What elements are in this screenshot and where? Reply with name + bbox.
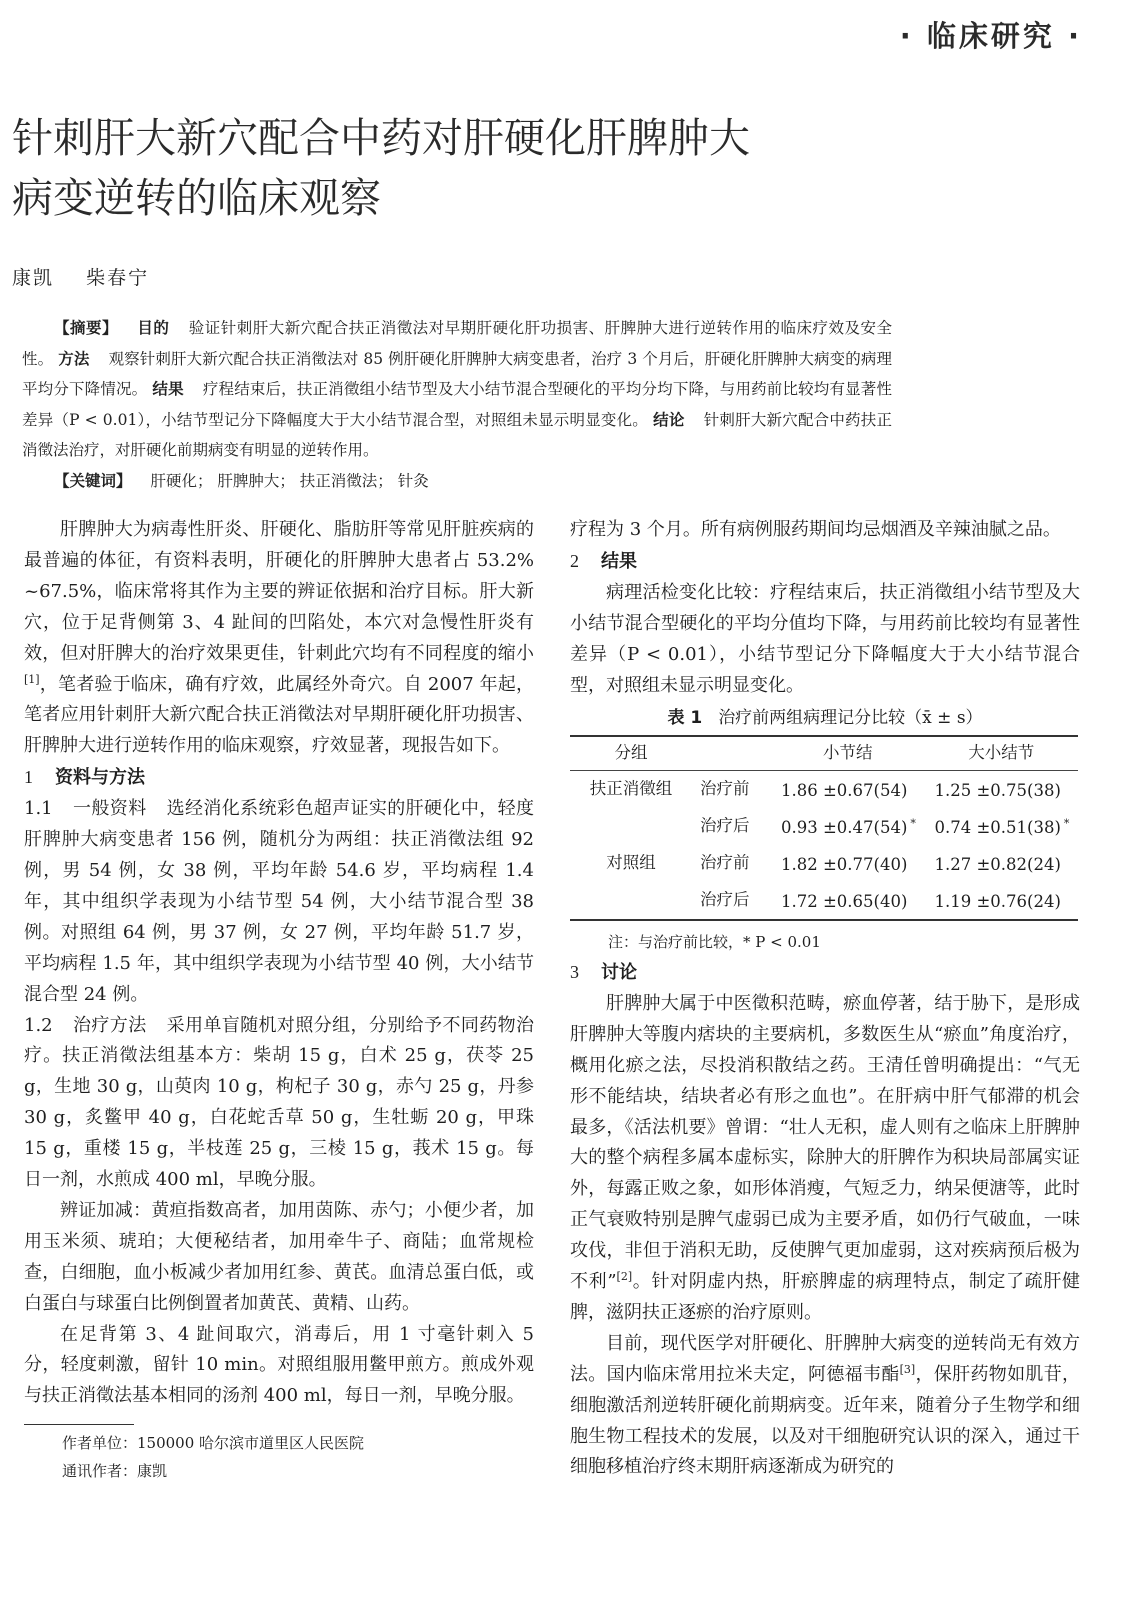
treatment-paragraph: 1.2治疗方法采用单盲随机对照分组，分别给予不同药物治疗。扶正消徵法组基本方：柴… bbox=[24, 1011, 534, 1196]
footnote-divider bbox=[24, 1424, 134, 1425]
intro-paragraph: 肝脾肿大为病毒性肝炎、肝硬化、脂肪肝等常见肝脏疾病的最普遍的体征，有资料表明，肝… bbox=[24, 515, 534, 762]
abstract: 【摘要】 目的 验证针刺肝大新穴配合扶正消徵法对早期肝硬化肝功损害、肝脾肿大进行… bbox=[22, 313, 892, 496]
footnote-affiliation: 作者单位：150000 哈尔滨市道里区人民医院 bbox=[24, 1429, 534, 1457]
section-heading-discussion: 3讨论 bbox=[570, 957, 1080, 989]
table-row: 扶正消徵组 治疗前 1.86 ±0.67(54) 1.25 ±0.75(38) bbox=[570, 771, 1078, 808]
methods-label: 方法 bbox=[58, 350, 89, 368]
abstract-label: 【摘要】 bbox=[54, 319, 118, 337]
table-caption: 表 1治疗前两组病理记分比较（x̄ ± s） bbox=[570, 703, 1080, 733]
pathology-score-table: 分组 小节结 大小结节 扶正消徵组 治疗前 1.86 ±0.67(54) 1.2… bbox=[570, 735, 1078, 921]
table-row: 对照组 治疗前 1.82 ±0.77(40) 1.27 ±0.82(24) bbox=[570, 845, 1078, 882]
author-name: 柴春宁 bbox=[86, 267, 149, 289]
title-line-2: 病变逆转的临床观察 bbox=[12, 174, 381, 222]
table-header-row: 分组 小节结 大小结节 bbox=[570, 736, 1078, 770]
citation-ref[interactable]: [1] bbox=[24, 673, 40, 686]
keywords-text: 肝硬化； 肝脾肿大； 扶正消徵法； 针灸 bbox=[150, 472, 428, 490]
citation-ref[interactable]: [3] bbox=[900, 1363, 916, 1376]
footnote-corresponding-author: 通讯作者：康凯 bbox=[24, 1457, 534, 1485]
left-column: 肝脾肿大为病毒性肝炎、肝硬化、脂肪肝等常见肝脏疾病的最普遍的体征，有资料表明，肝… bbox=[24, 515, 534, 1485]
modification-paragraph: 辨证加减：黄疸指数高者，加用茵陈、赤勺；小便少者，加用玉米须、琥珀；大便秘结者，… bbox=[24, 1196, 534, 1320]
results-paragraph: 病理活检变化比较：疗程结束后，扶正消徵组小结节型及大小结节混合型硬化的平均分值均… bbox=[570, 578, 1080, 702]
subsection-title: 一般资料 bbox=[73, 798, 147, 819]
results-label: 结果 bbox=[152, 380, 183, 398]
column-header: 大小结节 bbox=[925, 736, 1079, 770]
keywords-label: 【关键词】 bbox=[54, 472, 132, 490]
discussion-paragraph: 肝脾肿大属于中医徵积范畴，瘀血停著，结于胁下，是形成肝脾肿大等腹内痞块的主要病机… bbox=[570, 989, 1080, 1329]
conclusion-label: 结论 bbox=[653, 411, 684, 429]
section-heading-results: 2结果 bbox=[570, 546, 1080, 578]
acupuncture-paragraph: 在足背第 3、4 趾间取穴，消毒后，用 1 寸毫针刺入 5 分，轻度刺激，留针 … bbox=[24, 1320, 534, 1413]
title-line-1: 针刺肝大新穴配合中药对肝硬化肝脾肿大 bbox=[12, 114, 750, 162]
course-paragraph: 疗程为 3 个月。所有病例服药期间均忌烟酒及辛辣油腻之品。 bbox=[570, 515, 1080, 546]
column-header: 小节结 bbox=[771, 736, 925, 770]
subsection-title: 治疗方法 bbox=[73, 1015, 147, 1036]
author-list: 康凯 柴春宁 bbox=[12, 263, 173, 290]
citation-ref[interactable]: [2] bbox=[617, 1270, 633, 1283]
table-note: 注：与治疗前比较，* P < 0.01 bbox=[570, 927, 1080, 957]
section-heading-methods: 1资料与方法 bbox=[24, 762, 534, 794]
column-header: 分组 bbox=[570, 736, 692, 770]
table-row: 治疗后 1.72 ±0.65(40) 1.19 ±0.76(24) bbox=[570, 882, 1078, 920]
right-column: 疗程为 3 个月。所有病例服药期间均忌烟酒及辛辣油腻之品。 2结果 病理活检变化… bbox=[570, 515, 1080, 1483]
general-data-paragraph: 1.1一般资料选经消化系统彩色超声证实的肝硬化中，轻度肝脾肿大病变患者 156 … bbox=[24, 794, 534, 1010]
column-header bbox=[692, 736, 771, 770]
table-row: 治疗后 0.93 ±0.47(54)* 0.74 ±0.51(38)* bbox=[570, 808, 1078, 845]
article-title: 针刺肝大新穴配合中药对肝硬化肝脾肿大 病变逆转的临床观察 bbox=[12, 108, 912, 228]
objective-label: 目的 bbox=[137, 319, 169, 337]
journal-section-tag: · 临床研究 · bbox=[900, 14, 1082, 55]
author-name: 康凯 bbox=[12, 267, 54, 289]
discussion-paragraph: 目前，现代医学对肝硬化、肝脾肿大病变的逆转尚无有效方法。国内临床常用拉米夫定，阿… bbox=[570, 1329, 1080, 1484]
